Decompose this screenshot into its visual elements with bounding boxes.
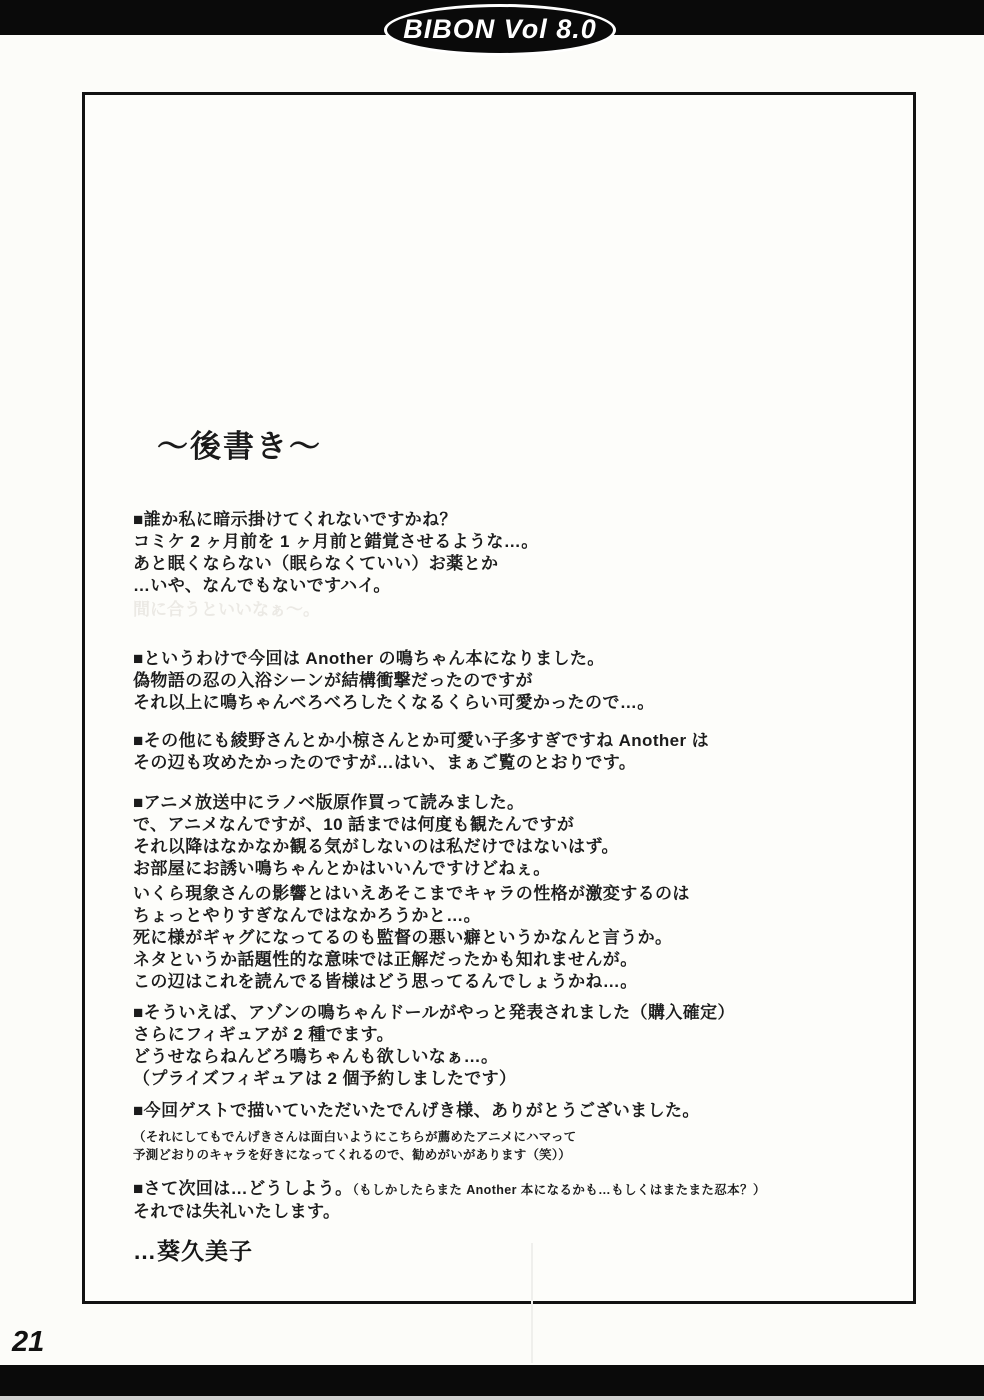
next-time-note: （もしかしたらまた Another 本になるかも…もしくはまたまた忍本？） [352, 1183, 765, 1197]
text-line: で、アニメなんですが、10 話までは何度も観たんですが [133, 814, 619, 836]
scanned-page: BIBON Vol 8.0 ～後書き～ ■誰か私に暗示掛けてくれないですかね？ … [0, 0, 984, 1400]
text-line-small: （それにしてもでんげきさんは面白いようにこちらが薦めたアニメにハマって [133, 1128, 700, 1146]
next-time-main: ■さて次回は…どうしよう。 [133, 1179, 352, 1198]
text-line: この辺はこれを読んでる皆様はどう思ってるんでしょうかね…。 [133, 971, 690, 993]
page-number: 21 [12, 1326, 44, 1359]
text-line: （プライズフィギュアは 2 個予約しましたです） [133, 1068, 735, 1090]
paragraph-next-time: ■さて次回は…どうしよう。（もしかしたらまた Another 本になるかも…もし… [133, 1178, 766, 1223]
text-line: ■そういえば、アゾンの鳴ちゃんドールがやっと発表されました（購入確定） [133, 1002, 735, 1024]
author-signature: …葵久美子 [133, 1233, 253, 1266]
text-line: ■誰か私に暗示掛けてくれないですかね？ [133, 509, 539, 531]
volume-badge: BIBON Vol 8.0 [384, 4, 616, 56]
text-line: それ以上に鳴ちゃんべろべろしたくなるくらい可愛かったので…。 [133, 692, 655, 714]
text-line: ネタというか話題性的な意味では正解だったかも知れませんが。 [133, 949, 690, 971]
paragraph-another-book: ■というわけで今回は Another の鳴ちゃん本になりました。 偽物語の忍の入… [133, 648, 655, 714]
paragraph-hypnosis: ■誰か私に暗示掛けてくれないですかね？ コミケ 2 ヶ月前を 1 ヶ月前と錯覚さ… [133, 509, 539, 597]
bottom-edge-strip [0, 1396, 984, 1400]
text-line: その辺も攻めたかったのですが…はい、まぁご覧のとおりです。 [133, 752, 709, 774]
paragraph-doll-figures: ■そういえば、アゾンの鳴ちゃんドールがやっと発表されました（購入確定） さらにフ… [133, 1002, 735, 1090]
volume-badge-label: BIBON Vol 8.0 [403, 14, 597, 45]
text-line: それ以降はなかなか観る気がしないのは私だけではないはず。 [133, 836, 619, 858]
afterword-frame: ～後書き～ ■誰か私に暗示掛けてくれないですかね？ コミケ 2 ヶ月前を 1 ヶ… [82, 92, 916, 1304]
paragraph-guest-thanks: ■今回ゲストで描いていただいたでんげき様、ありがとうございました。 （それにして… [133, 1100, 700, 1164]
text-line: どうせならねんどろ鳴ちゃんも欲しいなぁ…。 [133, 1046, 735, 1068]
paragraph-anime-novel: ■アニメ放送中にラノベ版原作買って読みました。 で、アニメなんですが、10 話ま… [133, 792, 619, 880]
text-line: ちょっとやりすぎなんではなかろうかと…。 [133, 905, 690, 927]
scan-fold-artifact [531, 1243, 533, 1363]
text-line: ■アニメ放送中にラノベ版原作買って読みました。 [133, 792, 619, 814]
text-line: ■その他にも綾野さんとか小椋さんとか可愛い子多すぎですね Another は [133, 730, 709, 752]
text-line: コミケ 2 ヶ月前を 1 ヶ月前と錯覚させるような…。 [133, 531, 539, 553]
afterword-title: ～後書き～ [157, 421, 322, 466]
text-line: お部屋にお誘い鳴ちゃんとかはいいんですけどねぇ。 [133, 858, 619, 880]
text-line: ■さて次回は…どうしよう。（もしかしたらまた Another 本になるかも…もし… [133, 1178, 766, 1201]
text-line: あと眠くならない（眠らなくていい）お薬とか [133, 553, 539, 575]
text-line-small: 予測どおりのキャラを好きになってくれるので、勧めがいがあります（笑）） [133, 1146, 700, 1164]
text-line: いくら現象さんの影響とはいえあそこまでキャラの性格が激変するのは [133, 883, 690, 905]
bottom-black-band [0, 1365, 984, 1396]
text-line: さらにフィギュアが 2 種でます。 [133, 1024, 735, 1046]
paragraph-other-girls: ■その他にも綾野さんとか小椋さんとか可愛い子多すぎですね Another は そ… [133, 730, 709, 774]
text-line: ■というわけで今回は Another の鳴ちゃん本になりました。 [133, 648, 655, 670]
text-line: ■今回ゲストで描いていただいたでんげき様、ありがとうございました。 [133, 1100, 700, 1122]
text-line: 死に様がギャグになってるのも監督の悪い癖というかなんと言うか。 [133, 927, 690, 949]
bleedthrough-ghost-text: 間に合うといいなぁ～。 [133, 595, 320, 620]
paragraph-character-change: いくら現象さんの影響とはいえあそこまでキャラの性格が激変するのは ちょっとやりす… [133, 883, 690, 993]
text-line: …いや、なんでもないですハイ。 [133, 575, 539, 597]
text-line: 偽物語の忍の入浴シーンが結構衝撃だったのですが [133, 670, 655, 692]
text-line: それでは失礼いたします。 [133, 1201, 766, 1223]
